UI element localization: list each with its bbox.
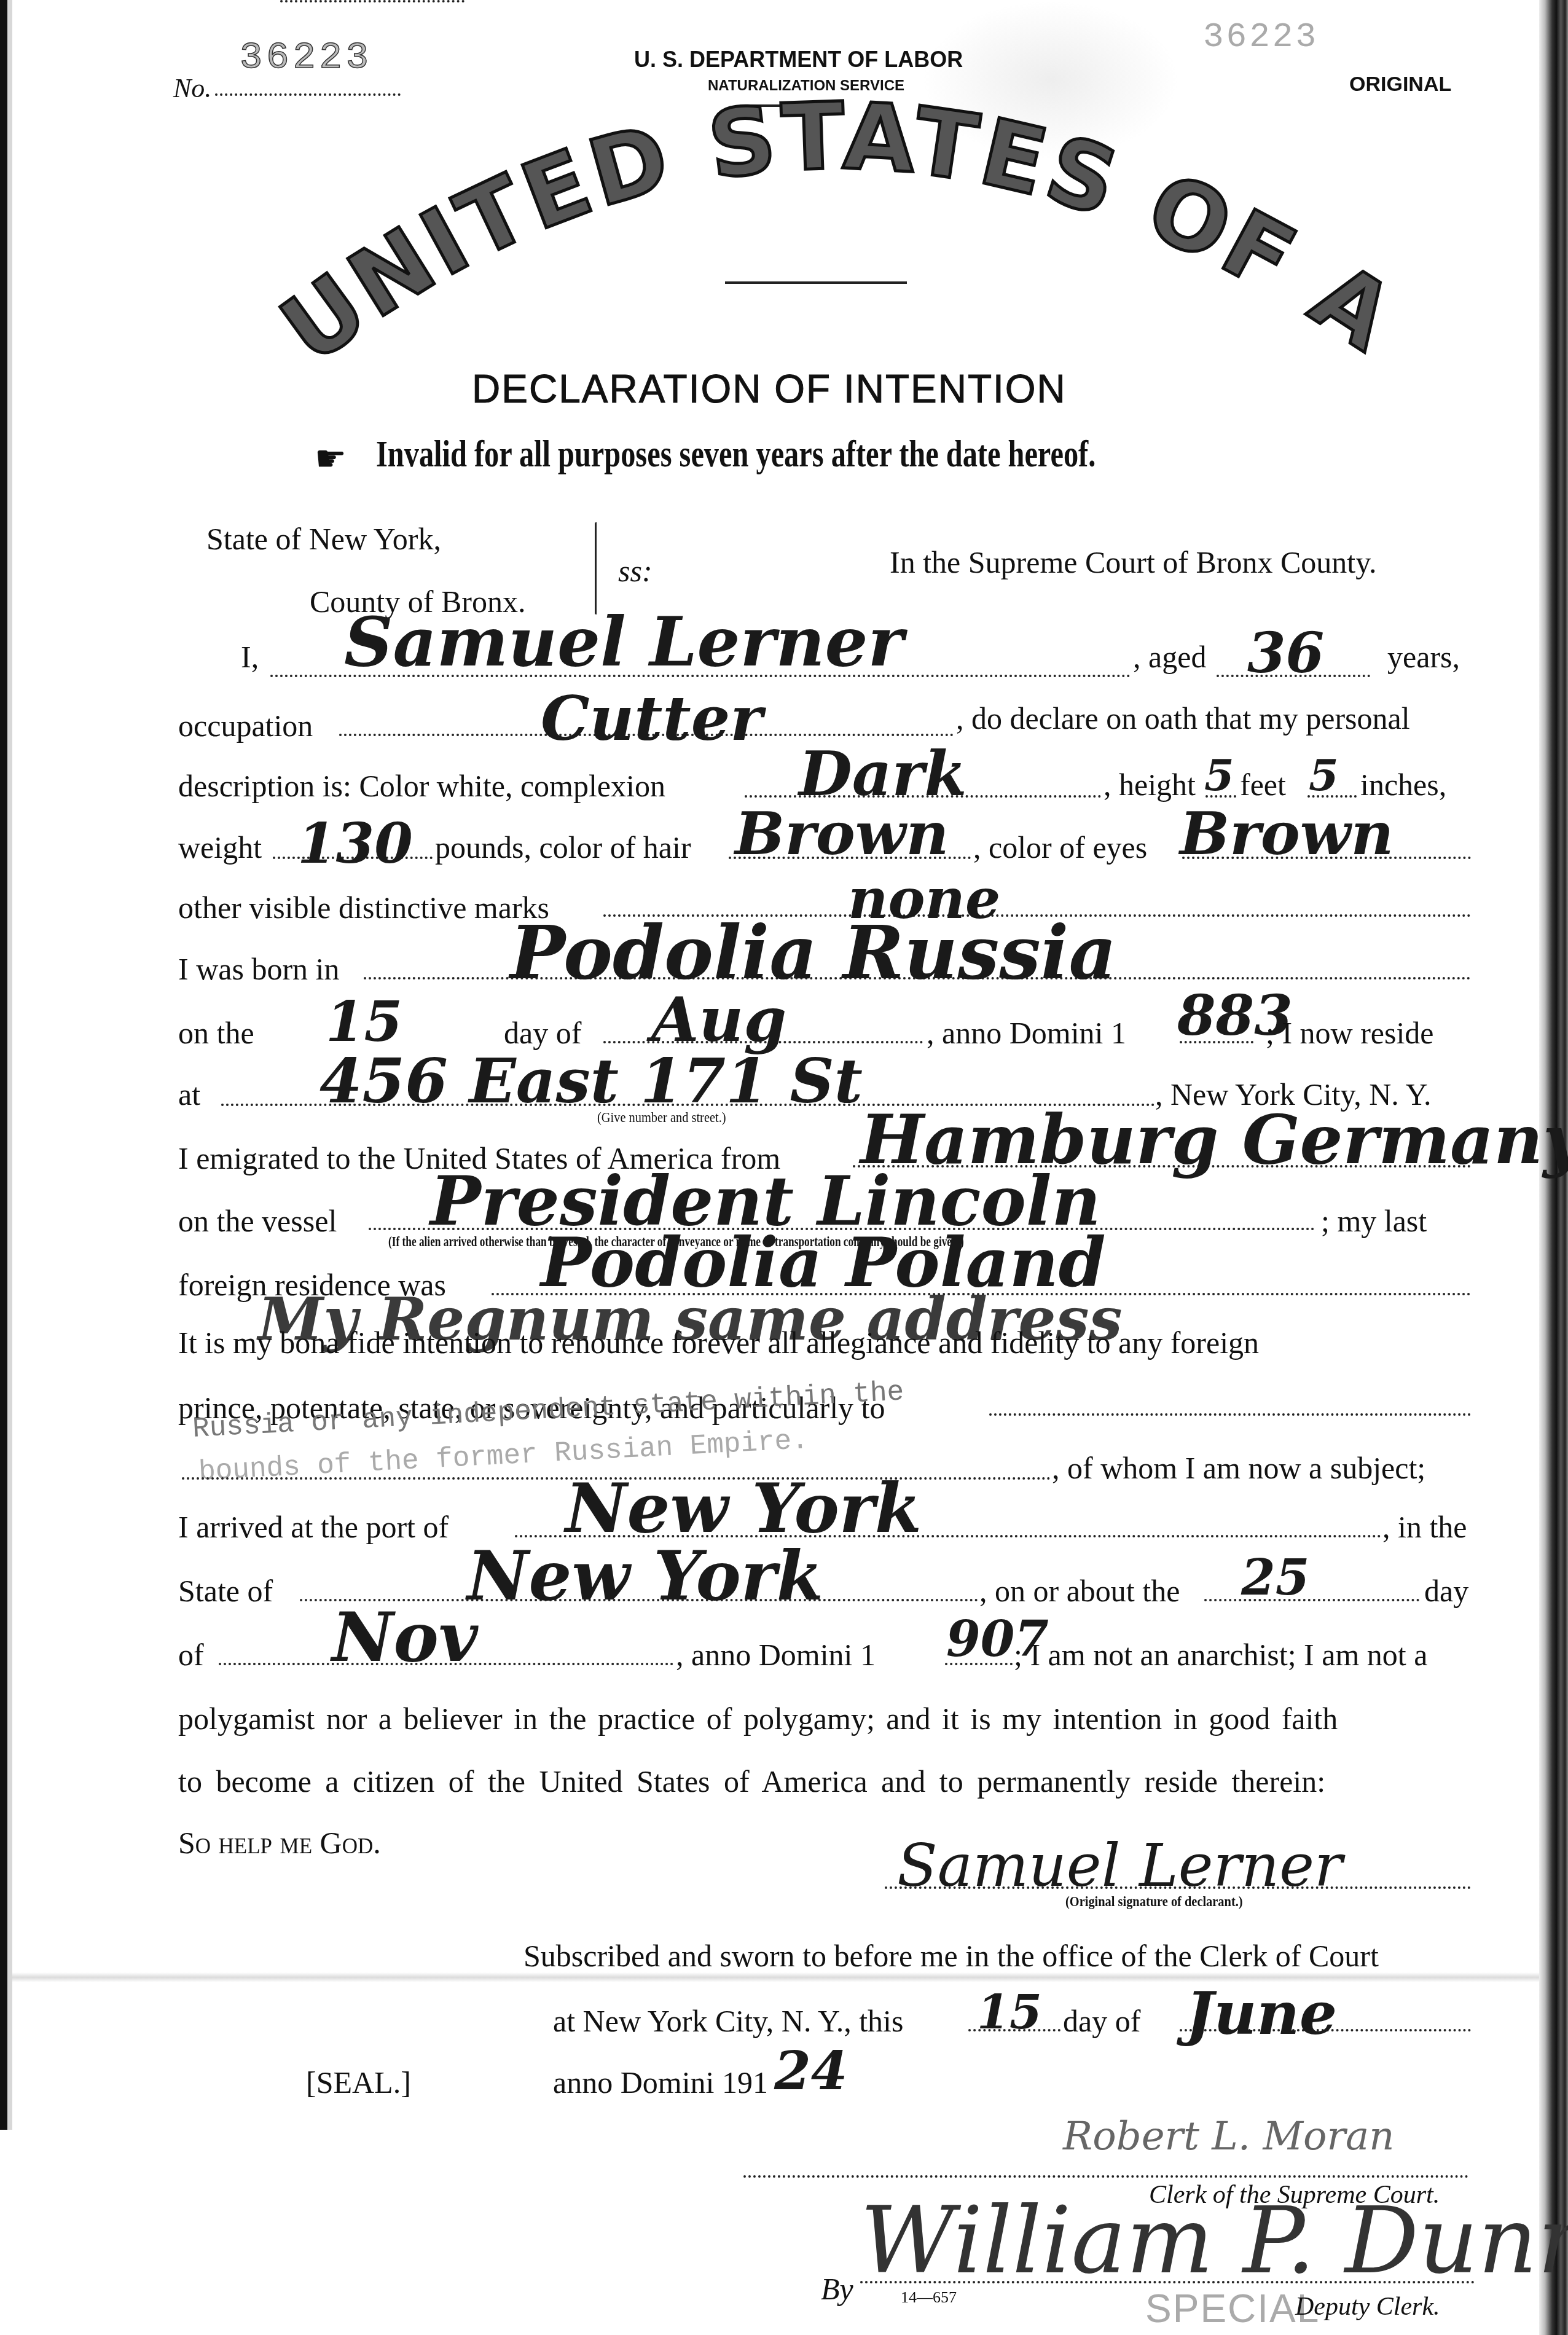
state-of-label: State of xyxy=(178,1573,273,1609)
validity-warning: Invalid for all purposes seven years aft… xyxy=(376,433,1096,476)
deputy-signature: William P. Dunn xyxy=(860,2188,1568,2294)
seal-label: [SEAL.] xyxy=(306,2065,411,2100)
document-title: DECLARATION OF INTENTION xyxy=(472,366,1067,412)
feet-label: feet xyxy=(1240,767,1286,803)
deputy-title: Deputy Clerk. xyxy=(1295,2292,1440,2321)
jurat-text: Subscribed and sworn to before me in the… xyxy=(523,1938,1379,1974)
anarchist-text: ; I am not an anarchist; I am not a xyxy=(1014,1637,1427,1673)
declaration-document: No. 36223 U. S. DEPARTMENT OF LABOR NATU… xyxy=(0,0,1568,2335)
title-rule xyxy=(725,281,907,284)
height-label: , height xyxy=(1103,767,1196,803)
arrival-state-value: New York xyxy=(467,1536,823,1615)
description-label: description is: Color white, complexion xyxy=(178,768,665,804)
occupation-value: Cutter xyxy=(541,682,762,755)
years-label: years, xyxy=(1387,639,1460,675)
renounce-text: It is my bona fide intention to renounce… xyxy=(178,1325,1259,1360)
occupation-label: occupation xyxy=(178,708,313,744)
reside-label: ; I now reside xyxy=(1266,1015,1434,1051)
weight-label: weight xyxy=(178,830,262,865)
aged-label: , aged xyxy=(1133,639,1206,675)
eyes-label: , color of eyes xyxy=(973,830,1147,865)
birth-day-field-line xyxy=(280,0,465,2)
arched-title-text: UNITED STATES OF AMERICA xyxy=(0,0,1414,384)
age-value: 36 xyxy=(1247,621,1324,686)
svg-text:UNITED STATES OF AMERICA: UNITED STATES OF AMERICA xyxy=(0,0,1414,384)
declarant-name: Samuel Lerner xyxy=(344,602,903,681)
warning-icon: ☛ xyxy=(315,438,347,479)
arrival-month-value: Nov xyxy=(332,1598,478,1677)
arched-title: UNITED STATES OF AMERICA xyxy=(0,0,1568,430)
special-stamp: SPECIAL xyxy=(1145,2286,1320,2331)
oath-text: , do declare on oath that my personal xyxy=(956,700,1410,736)
jurat-day-value: 15 xyxy=(977,1985,1042,2039)
subject-label: , of whom I am now a subject; xyxy=(1052,1450,1425,1486)
arrival-day-label: day xyxy=(1424,1573,1468,1609)
declarant-signature-label: (Original signature of declarant.) xyxy=(1065,1894,1243,1910)
vessel-label: on the vessel xyxy=(178,1203,337,1239)
pounds-hair-label: pounds, color of hair xyxy=(435,830,691,865)
birthplace-label: I was born in xyxy=(178,951,339,987)
marks-label: other visible distinctive marks xyxy=(178,890,549,925)
birthplace-value: Podolia Russia xyxy=(510,909,1116,996)
address-note: (Give number and street.) xyxy=(597,1110,726,1126)
birth-on-the-label: on the xyxy=(178,1015,254,1051)
venue-brace xyxy=(595,522,599,614)
jurat-year-value: 24 xyxy=(774,2040,848,2102)
venue-ss: ss: xyxy=(618,553,653,589)
hair-color-value: Brown xyxy=(735,799,949,868)
in-the-label: , in the xyxy=(1382,1509,1467,1545)
weight-value: 130 xyxy=(297,811,413,876)
on-or-about-label: , on or about the xyxy=(979,1573,1180,1609)
address-at-label: at xyxy=(178,1077,200,1112)
jurat-day-of-label: day of xyxy=(1063,2003,1140,2039)
my-last-label: ; my last xyxy=(1321,1203,1427,1239)
inches-label: inches, xyxy=(1360,767,1446,803)
clerk-signature-line xyxy=(743,2175,1468,2178)
arrival-anno-label: , anno Domini 1 xyxy=(676,1637,876,1673)
jurat-anno-label: anno Domini 191 xyxy=(553,2065,768,2100)
eye-color-value: Brown xyxy=(1180,799,1394,868)
arrival-day-value: 25 xyxy=(1241,1548,1309,1606)
address-value: 456 East 171 St xyxy=(319,1045,863,1117)
declarant-signature: Samuel Lerner xyxy=(897,1831,1343,1900)
port-label: I arrived at the port of xyxy=(178,1509,449,1545)
polygamy-text: polygamist nor a believer in the practic… xyxy=(178,1701,1338,1737)
sovereignty-field-line xyxy=(989,1413,1471,1416)
clerk-signature: Robert L. Moran xyxy=(1063,2114,1394,2159)
form-number: 14—657 xyxy=(901,2288,957,2307)
court-name: In the Supreme Court of Bronx County. xyxy=(890,544,1377,580)
oath-closing: So help me God. xyxy=(178,1825,381,1861)
height-feet: 5 xyxy=(1204,750,1234,801)
jurat-month-value: June xyxy=(1186,1979,1337,2048)
height-inches: 5 xyxy=(1309,750,1339,801)
by-label: By xyxy=(821,2271,853,2307)
birth-anno-label: , anno Domini 1 xyxy=(927,1015,1126,1051)
citizenship-text: to become a citizen of the United States… xyxy=(178,1764,1325,1799)
venue-state: State of New York, xyxy=(206,521,441,557)
jurat-place-label: at New York City, N. Y., this xyxy=(553,2003,903,2039)
arrival-of-label: of xyxy=(178,1637,204,1673)
declarant-prefix: I, xyxy=(241,639,259,675)
arrival-day-field-line xyxy=(1204,1599,1419,1601)
